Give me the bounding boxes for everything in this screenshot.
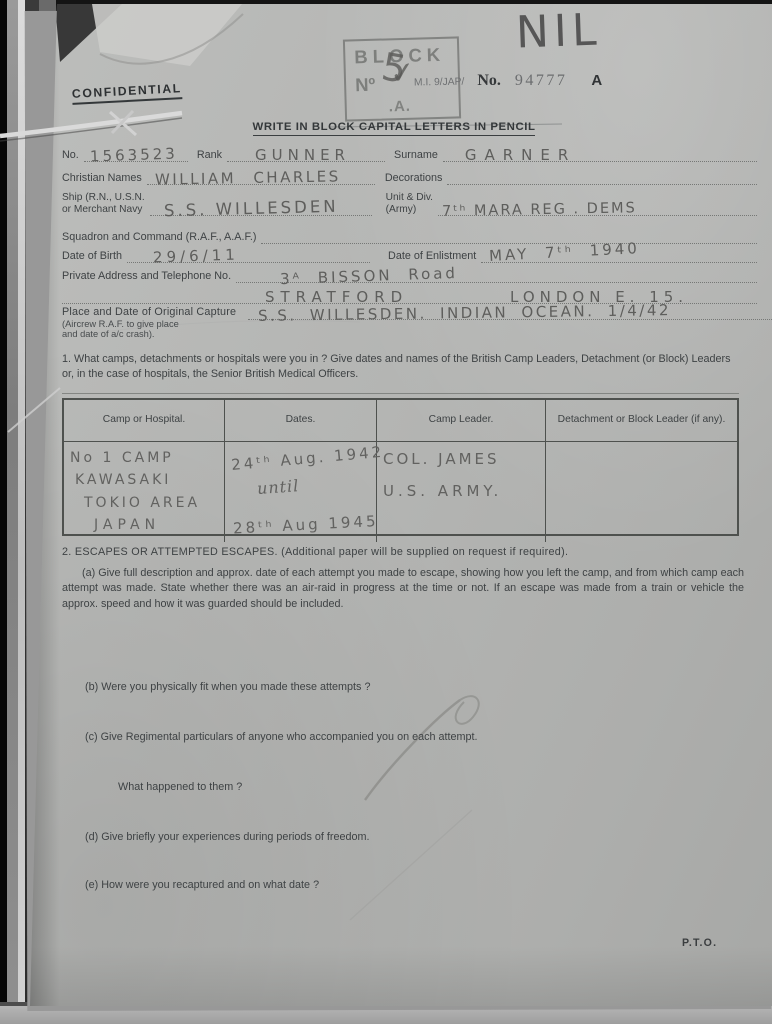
field-value-address-line2a: STRATFORD — [265, 290, 408, 305]
field-label-unit: Unit & Div. (Army) — [386, 192, 433, 216]
dates-line: 28ᵗʰ Aug 1945 — [230, 509, 370, 540]
form-row-number-rank-surname: No. 1563523 Rank GUNNER Surname GARNER — [62, 148, 757, 162]
torn-edge-line — [100, 14, 243, 64]
field-label-no: No. — [62, 149, 79, 162]
field-line-rank: GUNNER — [227, 148, 385, 162]
nil-annotation: NIL — [515, 5, 602, 59]
field-label-capture-note2: and date of a/c crash). — [62, 329, 248, 339]
question-2a-text: (a) Give full description and approx. da… — [62, 566, 744, 612]
torn-corner-shadow — [55, 4, 122, 62]
camp-line: TOKIO AREA — [70, 492, 218, 514]
table-header-camp: Camp or Hospital. — [64, 400, 225, 442]
ref-prefix: M.I. 9/JAP/ — [414, 77, 465, 89]
confidential-heading: CONFIDENTIAL — [72, 81, 183, 105]
table-cell-camp: No 1 CAMP KAWASAKI TOKIO AREA JAPAN — [64, 442, 225, 542]
table-header-dates: Dates. — [225, 400, 377, 442]
field-line-date-of-birth: 29/6/11 — [127, 249, 370, 263]
form-row-ship-unit: Ship (R.N., U.S.N. or Merchant Navy S.S.… — [62, 192, 757, 216]
field-value-date-of-birth: 29/6/11 — [153, 248, 239, 266]
field-value-ship: S.S. WILLESDEN — [163, 198, 338, 219]
pto-label: P.T.O. — [682, 937, 717, 949]
field-label-rank: Rank — [197, 149, 222, 162]
page-edge-strip — [0, 0, 7, 1024]
page-edge-strip — [18, 0, 25, 1024]
field-line-address: 3ᴬ BISSON Road — [236, 269, 757, 283]
camp-table: Camp or Hospital. Dates. Camp Leader. De… — [62, 398, 739, 536]
table-header-leader: Camp Leader. — [377, 400, 546, 442]
question-2e-text: (e) How were you recaptured and on what … — [85, 878, 725, 893]
instruction-heading: WRITE IN BLOCK CAPITAL LETTERS IN PENCIL — [253, 121, 536, 136]
stamp-a-label: .A. — [389, 98, 412, 116]
field-value-unit: 7ᵗʰ MARA REG . DEMS — [442, 201, 637, 219]
field-label-squadron: Squadron and Command (R.A.F., A.A.F.) — [62, 231, 256, 244]
table-top-hairline — [62, 393, 739, 394]
camp-line: JAPAN — [70, 514, 218, 536]
camp-line: KAWASAKI — [70, 469, 218, 491]
field-label-capture-note1: (Aircrew R.A.F. to give place — [62, 319, 248, 329]
leader-line: COL. JAMES — [383, 447, 539, 471]
field-line-ship: S.S. WILLESDEN — [150, 202, 372, 216]
field-label-unit-line2: (Army) — [386, 204, 433, 216]
field-label-surname: Surname — [394, 149, 438, 162]
field-line-capture: S.S. WILLESDEN. INDIAN OCEAN. 1/4/42 — [248, 306, 772, 320]
field-label-address: Private Address and Telephone No. — [62, 270, 231, 283]
field-label-unit-line1: Unit & Div. — [386, 192, 433, 204]
table-header-detachment: Detachment or Block Leader (if any). — [546, 400, 737, 442]
table-cell-leader: COL. JAMES U.S. ARMY. — [377, 442, 546, 542]
field-label-capture-block: Place and Date of Original Capture (Airc… — [62, 306, 248, 339]
question-1-text: 1. What camps, detachments or hospitals … — [62, 352, 742, 383]
stamp-no-label: Nº — [355, 74, 376, 97]
field-line-date-of-enlistment: MAY 7ᵗʰ 1940 — [481, 249, 757, 263]
leader-line: U.S. ARMY. — [383, 479, 539, 503]
field-value-capture: S.S. WILLESDEN. INDIAN OCEAN. 1/4/42 — [258, 303, 671, 324]
ref-number: 94777 — [515, 72, 568, 90]
field-line-surname: GARNER — [443, 148, 757, 162]
field-value-date-of-enlistment: MAY 7ᵗʰ 1940 — [489, 241, 641, 264]
form-row-address: Private Address and Telephone No. 3ᴬ BIS… — [62, 269, 757, 283]
instruction-heading-wrap: WRITE IN BLOCK CAPITAL LETTERS IN PENCIL — [224, 117, 564, 136]
field-value-no: 1563523 — [90, 146, 178, 164]
field-value-surname: GARNER — [465, 148, 576, 163]
question-2d-text: (d) Give briefly your experiences during… — [85, 830, 725, 845]
field-line-squadron — [261, 230, 757, 244]
form-row-birth-enlistment: Date of Birth 29/6/11 Date of Enlistment… — [62, 249, 757, 263]
field-label-date-of-birth: Date of Birth — [62, 250, 122, 263]
crease-line — [350, 810, 472, 920]
reference-number-line: M.I. 9/JAP/ No. 94777 A — [414, 72, 603, 90]
field-label-ship-line1: Ship (R.N., U.S.N. — [62, 192, 145, 204]
field-line-christian-names: WILLIAM CHARLES — [147, 171, 375, 185]
ref-suffix: A — [591, 72, 603, 89]
field-value-christian-names: WILLIAM CHARLES — [155, 169, 341, 187]
pencil-check-mark: ✓ — [388, 55, 417, 92]
camp-line: No 1 CAMP — [70, 447, 218, 469]
table-cell-dates: 24ᵗʰ Aug. 1942 until 28ᵗʰ Aug 1945 — [225, 442, 377, 542]
question-2b-text: (b) Were you physically fit when you mad… — [85, 680, 725, 695]
pencil-scribble-loop — [456, 696, 479, 724]
question-2c2-text: What happened to them ? — [118, 780, 518, 795]
field-line-decorations — [447, 171, 757, 185]
field-label-capture: Place and Date of Original Capture — [62, 306, 248, 318]
ref-no-label: No. — [477, 72, 501, 90]
document-page: CONFIDENTIAL BLOCK Nº .A. 5 ✓ NIL M.I. 9… — [30, 4, 772, 1006]
question-2c-text: (c) Give Regimental particulars of anyon… — [85, 730, 725, 745]
field-label-date-of-enlistment: Date of Enlistment — [388, 250, 476, 263]
page-edge-strip — [7, 0, 18, 1024]
field-line-unit: 7ᵗʰ MARA REG . DEMS — [438, 202, 757, 216]
field-label-christian-names: Christian Names — [62, 172, 142, 185]
field-value-address-line1: 3ᴬ BISSON Road — [280, 266, 458, 287]
field-label-decorations: Decorations — [385, 172, 443, 185]
field-line-no: 1563523 — [84, 148, 188, 162]
torn-corner-underpage — [92, 4, 242, 66]
field-label-ship: Ship (R.N., U.S.N. or Merchant Navy — [62, 192, 145, 216]
question-2-heading: 2. ESCAPES OR ATTEMPTED ESCAPES. (Additi… — [62, 545, 752, 560]
form-row-squadron: Squadron and Command (R.A.F., A.A.F.) — [62, 230, 757, 244]
field-value-rank: GUNNER — [255, 148, 350, 163]
form-row-christian-decorations: Christian Names WILLIAM CHARLES Decorati… — [62, 171, 757, 185]
field-label-ship-line2: or Merchant Navy — [62, 204, 145, 216]
table-cell-detachment — [546, 442, 737, 542]
